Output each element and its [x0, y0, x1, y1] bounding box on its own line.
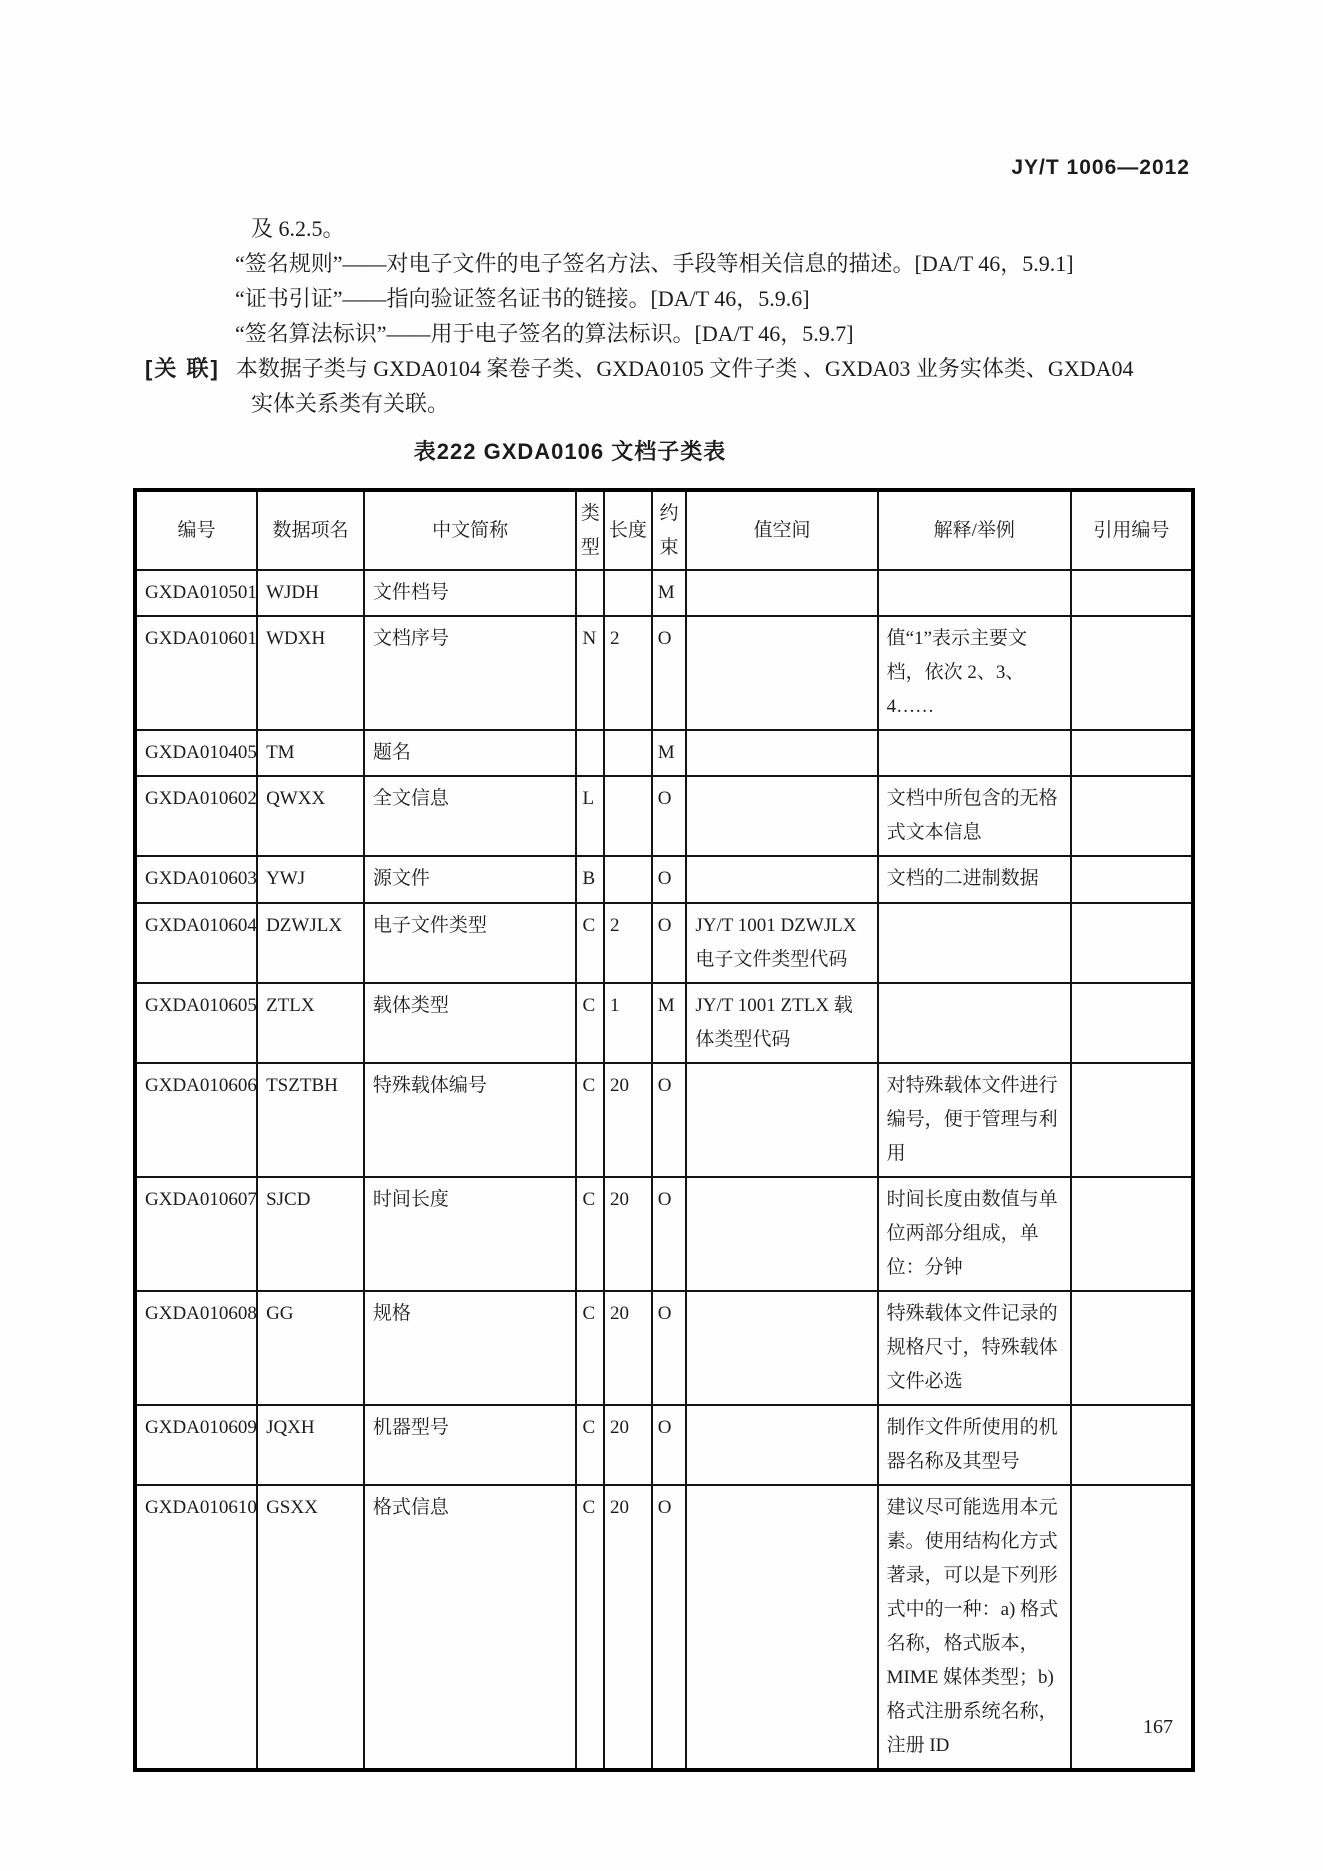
header-row: 编号 数据项名 中文简称 类型 长度 约束 值空间 解释/举例 引用编号	[135, 490, 1193, 570]
intro-line-4: “签名算法标识”——用于电子签名的算法标识。[DA/T 46，5.9.7]	[145, 316, 1195, 351]
table-row: GXDA010610GSXX格式信息C20O建议尽可能选用本元素。使用结构化方式…	[135, 1485, 1193, 1770]
table-cell: N	[576, 616, 603, 730]
table-cell: C	[576, 903, 603, 983]
table-cell: O	[652, 1405, 687, 1485]
table-cell: C	[576, 1405, 603, 1485]
table-cell: M	[652, 983, 687, 1063]
table-cell: GXDA010608	[135, 1291, 257, 1405]
relation-label: [关 联]	[145, 356, 220, 381]
table-row: GXDA010501WJDH文件档号M	[135, 570, 1193, 616]
table-cell: M	[652, 570, 687, 616]
table-cell: O	[652, 776, 687, 856]
document-page: JY/T 1006—2012 及 6.2.5。 “签名规则”——对电子文件的电子…	[0, 0, 1323, 1871]
intro-paragraphs: 及 6.2.5。 “签名规则”——对电子文件的电子签名方法、手段等相关信息的描述…	[145, 211, 1195, 421]
table-cell: 源文件	[364, 856, 577, 903]
table-cell: GXDA010605	[135, 983, 257, 1063]
table-cell: DZWJLX	[257, 903, 364, 983]
table-cell	[878, 983, 1071, 1063]
table-cell	[686, 776, 877, 856]
table-cell: GXDA010405	[135, 730, 257, 776]
table-cell	[576, 570, 603, 616]
table-cell: O	[652, 1177, 687, 1291]
table-cell	[686, 730, 877, 776]
table-cell: GXDA010501	[135, 570, 257, 616]
table-cell: 格式信息	[364, 1485, 577, 1770]
table-cell	[878, 730, 1071, 776]
table-cell	[1071, 730, 1193, 776]
table-cell	[1071, 1291, 1193, 1405]
table-cell	[878, 903, 1071, 983]
table-cell: GXDA010606	[135, 1063, 257, 1177]
table-cell	[686, 1405, 877, 1485]
table-cell: YWJ	[257, 856, 364, 903]
intro-line-1: 及 6.2.5。	[145, 211, 1195, 246]
table-cell: C	[576, 1485, 603, 1770]
table-row: GXDA010603YWJ源文件BO文档的二进制数据	[135, 856, 1193, 903]
table-cell	[604, 856, 652, 903]
table-cell: L	[576, 776, 603, 856]
table-cell: TSZTBH	[257, 1063, 364, 1177]
table-cell: JY/T 1001 DZWJLX 电子文件类型代码	[686, 903, 877, 983]
table-row: GXDA010605ZTLX载体类型C1MJY/T 1001 ZTLX 载体类型…	[135, 983, 1193, 1063]
table-cell: GXDA010603	[135, 856, 257, 903]
table-cell	[686, 1177, 877, 1291]
table-cell	[1071, 1485, 1193, 1770]
table-cell: GXDA010610	[135, 1485, 257, 1770]
table-cell: O	[652, 903, 687, 983]
table-cell	[604, 730, 652, 776]
column-header-chinese-name: 中文简称	[364, 490, 577, 570]
table-cell	[1071, 1177, 1193, 1291]
table-cell: 规格	[364, 1291, 577, 1405]
column-header-ref-number: 引用编号	[1071, 490, 1193, 570]
table-cell: GG	[257, 1291, 364, 1405]
standard-number: JY/T 1006—2012	[1011, 156, 1190, 180]
relation-line: [关 联]本数据子类与 GXDA0104 案卷子类、GXDA0105 文件子类 …	[145, 351, 1195, 386]
table-cell: 建议尽可能选用本元素。使用结构化方式著录，可以是下列形式中的一种：a) 格式名称…	[878, 1485, 1071, 1770]
table-cell: C	[576, 1177, 603, 1291]
table-cell: 20	[604, 1291, 652, 1405]
metadata-table: 编号 数据项名 中文简称 类型 长度 约束 值空间 解释/举例 引用编号 GXD…	[133, 488, 1195, 1772]
table-cell: 全文信息	[364, 776, 577, 856]
table-row: GXDA010405TM题名M	[135, 730, 1193, 776]
table-cell: M	[652, 730, 687, 776]
table-cell: 特殊载体编号	[364, 1063, 577, 1177]
table-cell	[1071, 776, 1193, 856]
table-cell: JY/T 1001 ZTLX 载体类型代码	[686, 983, 877, 1063]
table-cell	[604, 776, 652, 856]
relation-text-continued: 实体关系类有关联。	[145, 386, 1195, 421]
table-cell: O	[652, 856, 687, 903]
column-header-explanation: 解释/举例	[878, 490, 1071, 570]
table-cell: 2	[604, 903, 652, 983]
table-cell	[1071, 1063, 1193, 1177]
table-cell	[686, 1485, 877, 1770]
table-cell: GXDA010602	[135, 776, 257, 856]
table-cell	[686, 856, 877, 903]
table-row: GXDA010601WDXH文档序号N2O值“1”表示主要文档，依次 2、3、4…	[135, 616, 1193, 730]
table-cell: B	[576, 856, 603, 903]
table-cell	[1071, 856, 1193, 903]
column-header-constraint: 约束	[652, 490, 687, 570]
table-cell	[1071, 903, 1193, 983]
table-cell: 20	[604, 1485, 652, 1770]
table-cell	[686, 1291, 877, 1405]
table-cell: 文件档号	[364, 570, 577, 616]
table-row: GXDA010602QWXX全文信息LO文档中所包含的无格式文本信息	[135, 776, 1193, 856]
table-cell: SJCD	[257, 1177, 364, 1291]
table-cell: 机器型号	[364, 1405, 577, 1485]
table-cell: 2	[604, 616, 652, 730]
table-cell: 特殊载体文件记录的规格尺寸，特殊载体文件必选	[878, 1291, 1071, 1405]
table-cell: GXDA010609	[135, 1405, 257, 1485]
table-cell: C	[576, 1291, 603, 1405]
column-header-type: 类型	[576, 490, 603, 570]
table-cell: JQXH	[257, 1405, 364, 1485]
table-cell	[1071, 983, 1193, 1063]
table-cell	[1071, 616, 1193, 730]
table-cell: O	[652, 1485, 687, 1770]
table-cell: 时间长度	[364, 1177, 577, 1291]
table-caption: 表222 GXDA0106 文档子类表	[133, 435, 1007, 466]
table-cell: QWXX	[257, 776, 364, 856]
table-cell	[686, 1063, 877, 1177]
table-cell: 制作文件所使用的机器名称及其型号	[878, 1405, 1071, 1485]
table-cell: GXDA010604	[135, 903, 257, 983]
table-cell	[604, 570, 652, 616]
table-cell	[878, 570, 1071, 616]
table-cell: 文档序号	[364, 616, 577, 730]
table-cell: 载体类型	[364, 983, 577, 1063]
table-row: GXDA010608GG规格C20O特殊载体文件记录的规格尺寸，特殊载体文件必选	[135, 1291, 1193, 1405]
table-cell: GXDA010607	[135, 1177, 257, 1291]
table-cell: ZTLX	[257, 983, 364, 1063]
intro-line-3: “证书引证”——指向验证签名证书的链接。[DA/T 46，5.9.6]	[145, 281, 1195, 316]
table-cell: 对特殊载体文件进行编号，便于管理与利用	[878, 1063, 1071, 1177]
table-cell: O	[652, 1063, 687, 1177]
table-cell	[686, 570, 877, 616]
column-header-length: 长度	[604, 490, 652, 570]
table-cell	[1071, 1405, 1193, 1485]
table-cell	[576, 730, 603, 776]
table-row: GXDA010609JQXH机器型号C20O制作文件所使用的机器名称及其型号	[135, 1405, 1193, 1485]
table-cell: 题名	[364, 730, 577, 776]
table-cell	[1071, 570, 1193, 616]
table-cell: TM	[257, 730, 364, 776]
table-cell: 文档的二进制数据	[878, 856, 1071, 903]
table-cell: GXDA010601	[135, 616, 257, 730]
page-number: 167	[1143, 1716, 1173, 1739]
table-cell: 文档中所包含的无格式文本信息	[878, 776, 1071, 856]
table-cell: WJDH	[257, 570, 364, 616]
relation-text: 本数据子类与 GXDA0104 案卷子类、GXDA0105 文件子类 、GXDA…	[236, 356, 1134, 381]
table-cell: 20	[604, 1177, 652, 1291]
table-row: GXDA010606TSZTBH特殊载体编号C20O对特殊载体文件进行编号，便于…	[135, 1063, 1193, 1177]
table-cell: 20	[604, 1405, 652, 1485]
table-row: GXDA010607SJCD时间长度C20O时间长度由数值与单位两部分组成，单位…	[135, 1177, 1193, 1291]
table-cell: 值“1”表示主要文档，依次 2、3、4……	[878, 616, 1071, 730]
table-row: GXDA010604DZWJLX电子文件类型C2OJY/T 1001 DZWJL…	[135, 903, 1193, 983]
table-cell: WDXH	[257, 616, 364, 730]
column-header-item-name: 数据项名	[257, 490, 364, 570]
table-cell: 电子文件类型	[364, 903, 577, 983]
table-cell: O	[652, 616, 687, 730]
table-cell: 1	[604, 983, 652, 1063]
table-cell: C	[576, 1063, 603, 1177]
table-cell	[686, 616, 877, 730]
table-cell: 20	[604, 1063, 652, 1177]
intro-line-2: “签名规则”——对电子文件的电子签名方法、手段等相关信息的描述。[DA/T 46…	[145, 246, 1195, 281]
table-cell: C	[576, 983, 603, 1063]
table-cell: GSXX	[257, 1485, 364, 1770]
column-header-number: 编号	[135, 490, 257, 570]
table-cell: O	[652, 1291, 687, 1405]
column-header-value-space: 值空间	[686, 490, 877, 570]
table-cell: 时间长度由数值与单位两部分组成，单位：分钟	[878, 1177, 1071, 1291]
